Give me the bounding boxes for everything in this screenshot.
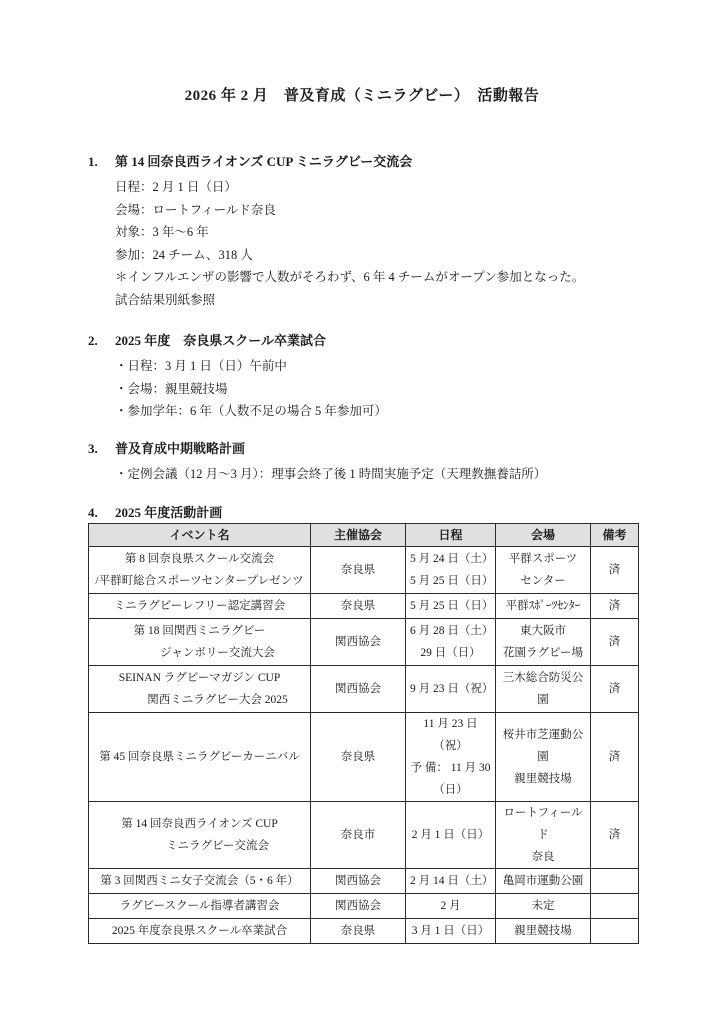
table-row: 第 18 回関西ミニラグビー ジャンボリー交流大会 関西協会 6 月 28 日（… <box>89 619 639 666</box>
detail-line: 試合結果別紙参照 <box>115 289 638 312</box>
venue-cell: ロートフィールド 奈良 <box>496 802 591 869</box>
venue-cell: 平群ｽﾎﾟｰﾂｾﾝﾀｰ <box>496 594 591 619</box>
date-cell: 6 月 28 日（土） 29 日（日） <box>406 619 496 666</box>
date-cell: 5 月 25 日（日） <box>406 594 496 619</box>
venue-cell: 未定 <box>496 894 591 919</box>
detail-line: 対象：3 年～6 年 <box>115 221 638 244</box>
section-4-heading: 4. 2025 年度活動計画 <box>88 503 638 523</box>
venue-cell: 亀岡市運動公園 <box>496 869 591 894</box>
table-row: 第 14 回奈良西ライオンズ CUP ミニラグビー交流会 奈良市 2 月 1 日… <box>89 802 639 869</box>
event-cell: SEINAN ラグビーマガジン CUP 関西ミニラグビー大会 2025 <box>89 666 311 713</box>
table-row: SEINAN ラグビーマガジン CUP 関西ミニラグビー大会 2025 関西協会… <box>89 666 639 713</box>
activity-plan-table: イベント名 主催協会 日程 会場 備考 第 8 回奈良県スクール交流会 /平群町… <box>88 523 639 944</box>
detail-line: 参加：24 チーム、318 人 <box>115 244 638 267</box>
column-header-date: 日程 <box>406 524 496 547</box>
document-page: 2026 年 2 月 普及育成（ミニラグビー） 活動報告 1. 第 14 回奈良… <box>0 0 724 1024</box>
event-cell: 第 18 回関西ミニラグビー ジャンボリー交流大会 <box>89 619 311 666</box>
organizer-cell: 奈良県 <box>311 547 406 594</box>
organizer-cell: 奈良県 <box>311 713 406 802</box>
section-2-body: ・日程：3 月 1 日（日）午前中 ・会場：親里競技場 ・参加学年：6 年（人数… <box>88 355 638 423</box>
venue-cell: 東大阪市 花園ラグビー場 <box>496 619 591 666</box>
note-cell <box>591 894 639 919</box>
column-header-organizer: 主催協会 <box>311 524 406 547</box>
section-title: 2025 年度活動計画 <box>115 503 222 523</box>
organizer-cell: 関西協会 <box>311 619 406 666</box>
section-1-heading: 1. 第 14 回奈良西ライオンズ CUP ミニラグビー交流会 <box>88 152 638 172</box>
detail-line: ・日程：3 月 1 日（日）午前中 <box>115 355 638 378</box>
table-row: ラグビースクール指導者講習会 関西協会 2 月 未定 <box>89 894 639 919</box>
section-number: 2. <box>88 331 115 351</box>
section-2-heading: 2. 2025 年度 奈良県スクール卒業試合 <box>88 331 638 351</box>
table-row: 2025 年度奈良県スクール卒業試合 奈良県 3 月 1 日（日） 親里競技場 <box>89 919 639 944</box>
detail-line: ・会場：親里競技場 <box>115 378 638 401</box>
event-cell: 2025 年度奈良県スクール卒業試合 <box>89 919 311 944</box>
date-cell: 11 月 23 日（祝） 予 備： 11 月 30 （日） <box>406 713 496 802</box>
detail-line: ・参加学年：6 年（人数不足の場合 5 年参加可） <box>115 400 638 423</box>
column-header-venue: 会場 <box>496 524 591 547</box>
organizer-cell: 関西協会 <box>311 869 406 894</box>
section-2: 2. 2025 年度 奈良県スクール卒業試合 ・日程：3 月 1 日（日）午前中… <box>88 331 638 423</box>
note-cell: 済 <box>591 802 639 869</box>
venue-cell: 三木総合防災公園 <box>496 666 591 713</box>
detail-line: ＊インフルエンザの影響で人数がそろわず、6 年 4 チームがオープン参加となった… <box>115 266 638 289</box>
table-row: 第 45 回奈良県ミニラグビーカーニバル 奈良県 11 月 23 日（祝） 予 … <box>89 713 639 802</box>
organizer-cell: 奈良市 <box>311 802 406 869</box>
detail-line: 会場：ロートフィールド奈良 <box>115 199 638 222</box>
event-cell: 第 45 回奈良県ミニラグビーカーニバル <box>89 713 311 802</box>
organizer-cell: 奈良県 <box>311 919 406 944</box>
column-header-event: イベント名 <box>89 524 311 547</box>
venue-cell: 親里競技場 <box>496 919 591 944</box>
section-title: 普及育成中期戦略計画 <box>115 439 245 459</box>
table-row: 第 3 回関西ミニ女子交流会（5・6 年） 関西協会 2 月 14 日（土） 亀… <box>89 869 639 894</box>
section-number: 1. <box>88 152 115 172</box>
table-row: 第 8 回奈良県スクール交流会 /平群町総合スポーツセンタープレゼンツ 奈良県 … <box>89 547 639 594</box>
section-3-heading: 3. 普及育成中期戦略計画 <box>88 439 638 459</box>
event-cell: 第 3 回関西ミニ女子交流会（5・6 年） <box>89 869 311 894</box>
date-cell: 3 月 1 日（日） <box>406 919 496 944</box>
note-cell: 済 <box>591 547 639 594</box>
section-4: 4. 2025 年度活動計画 <box>88 503 638 523</box>
event-cell: ミニラグビーレフリー認定講習会 <box>89 594 311 619</box>
column-header-note: 備考 <box>591 524 639 547</box>
date-cell: 2 月 14 日（土） <box>406 869 496 894</box>
section-3: 3. 普及育成中期戦略計画 ・定例会議（12 月～3 月）：理事会終了後 1 時… <box>88 439 638 486</box>
table-row: ミニラグビーレフリー認定講習会 奈良県 5 月 25 日（日） 平群ｽﾎﾟｰﾂｾ… <box>89 594 639 619</box>
organizer-cell: 奈良県 <box>311 594 406 619</box>
section-number: 4. <box>88 503 115 523</box>
event-cell: ラグビースクール指導者講習会 <box>89 894 311 919</box>
date-cell: 5 月 24 日（土） 5 月 25 日（日） <box>406 547 496 594</box>
date-cell: 9 月 23 日（祝） <box>406 666 496 713</box>
date-cell: 2 月 1 日（日） <box>406 802 496 869</box>
section-3-body: ・定例会議（12 月～3 月）：理事会終了後 1 時間実施予定（天理教撫養詰所） <box>88 463 638 486</box>
venue-cell: 桜井市芝運動公園 親里競技場 <box>496 713 591 802</box>
venue-cell: 平群スポーツ センター <box>496 547 591 594</box>
note-cell <box>591 869 639 894</box>
detail-line: 日程：2 月 1 日（日） <box>115 176 638 199</box>
note-cell <box>591 919 639 944</box>
section-1-body: 日程：2 月 1 日（日） 会場：ロートフィールド奈良 対象：3 年～6 年 参… <box>88 176 638 311</box>
organizer-cell: 関西協会 <box>311 666 406 713</box>
organizer-cell: 関西協会 <box>311 894 406 919</box>
document-title: 2026 年 2 月 普及育成（ミニラグビー） 活動報告 <box>0 86 724 106</box>
detail-line: ・定例会議（12 月～3 月）：理事会終了後 1 時間実施予定（天理教撫養詰所） <box>115 463 638 486</box>
section-number: 3. <box>88 439 115 459</box>
note-cell: 済 <box>591 666 639 713</box>
event-cell: 第 8 回奈良県スクール交流会 /平群町総合スポーツセンタープレゼンツ <box>89 547 311 594</box>
section-1: 1. 第 14 回奈良西ライオンズ CUP ミニラグビー交流会 日程：2 月 1… <box>88 152 638 311</box>
document-body: 1. 第 14 回奈良西ライオンズ CUP ミニラグビー交流会 日程：2 月 1… <box>88 152 638 523</box>
section-title: 第 14 回奈良西ライオンズ CUP ミニラグビー交流会 <box>115 152 412 172</box>
note-cell: 済 <box>591 619 639 666</box>
note-cell: 済 <box>591 713 639 802</box>
note-cell: 済 <box>591 594 639 619</box>
date-cell: 2 月 <box>406 894 496 919</box>
event-cell: 第 14 回奈良西ライオンズ CUP ミニラグビー交流会 <box>89 802 311 869</box>
table-header-row: イベント名 主催協会 日程 会場 備考 <box>89 524 639 547</box>
section-title: 2025 年度 奈良県スクール卒業試合 <box>115 331 326 351</box>
